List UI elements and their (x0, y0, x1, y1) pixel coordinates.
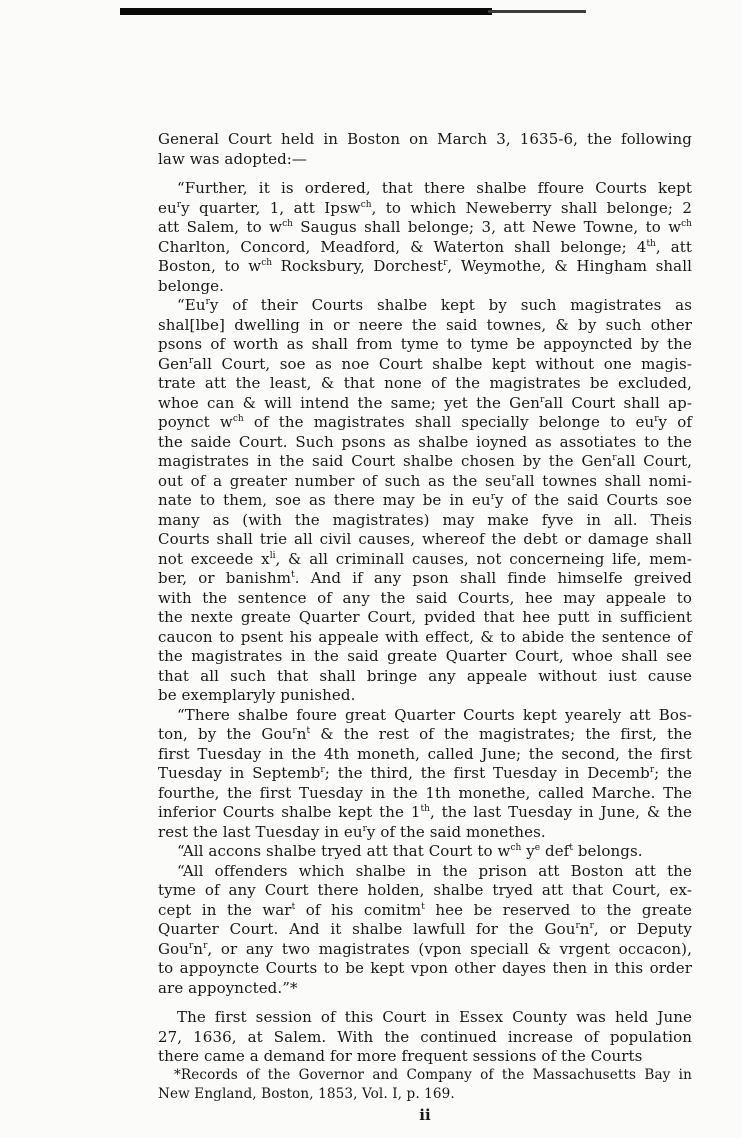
text-line: shal[lbe] dwelling in or neere the said … (158, 316, 692, 336)
text-line: nate to them, soe as there may be in eur… (158, 491, 692, 511)
text-line: tyme of any Court there holden, shalbe t… (158, 881, 692, 901)
text-line: ber, or banishmt. And if any pson shall … (158, 569, 692, 589)
text-line: psons of worth as shall from tyme to tym… (158, 335, 692, 355)
text-line: cept in the wart of his comitmt hee be r… (158, 901, 692, 921)
text-line: poynct wch of the magistrates shall spec… (158, 413, 692, 433)
text-line: *Records of the Governor and Company of … (158, 1066, 692, 1085)
text-line: the saide Court. Such psons as shalbe io… (158, 433, 692, 453)
text-line: New England, Boston, 1853, Vol. I, p. 16… (158, 1085, 692, 1104)
text-line: fourthe, the first Tuesday in the 1th mo… (158, 784, 692, 804)
text-line: Genrall Court, soe as noe Court shalbe k… (158, 355, 692, 375)
text-line: belonge. (158, 277, 692, 297)
text-line: to appoyncte Courts to be kept vpon othe… (158, 959, 692, 979)
paragraph: “Further, it is ordered, that there shal… (158, 179, 692, 296)
text-line: the magistrates in the said greate Quart… (158, 647, 692, 667)
text-line: rest the last Tuesday in eury of the sai… (158, 823, 692, 843)
text-line: law was adopted:— (158, 150, 692, 170)
text-block: General Court held in Boston on March 3,… (158, 130, 692, 1067)
text-line: that all such that shall bringe any appe… (158, 667, 692, 687)
text-line: magistrates in the said Court shalbe cho… (158, 452, 692, 472)
text-line: not exceede xli, & all criminall causes,… (158, 550, 692, 570)
paragraph: The first session of this Court in Essex… (158, 1008, 692, 1067)
text-line: whoe can & will intend the same; yet the… (158, 394, 692, 414)
text-line: “Further, it is ordered, that there shal… (158, 179, 692, 199)
text-line: Gournr, or any two magistrates (vpon spe… (158, 940, 692, 960)
text-line: are appoyncted.”* (158, 979, 692, 999)
paragraph: General Court held in Boston on March 3,… (158, 130, 692, 169)
text-line: Boston, to wch Rocksbury, Dorchestr, Wey… (158, 257, 692, 277)
footnote: *Records of the Governor and Company of … (158, 1066, 692, 1104)
top-rule (120, 8, 492, 15)
text-line: many as (with the magistrates) may make … (158, 511, 692, 531)
text-line: caucon to psent his appeale with effect,… (158, 628, 692, 648)
paragraph: “There shalbe foure great Quarter Courts… (158, 706, 692, 843)
text-line: there came a demand for more frequent se… (158, 1047, 692, 1067)
text-line: out of a greater number of such as the s… (158, 472, 692, 492)
text-line: inferior Courts shalbe kept the 1th, the… (158, 803, 692, 823)
text-line: Tuesday in Septembr; the third, the firs… (158, 764, 692, 784)
text-line: “All accons shalbe tryed att that Court … (158, 842, 692, 862)
page-number: ii (158, 1106, 692, 1124)
text-line: General Court held in Boston on March 3,… (158, 130, 692, 150)
text-line: “There shalbe foure great Quarter Courts… (158, 706, 692, 726)
text-line: ton, by the Gournt & the rest of the mag… (158, 725, 692, 745)
text-line: “Eury of their Courts shalbe kept by suc… (158, 296, 692, 316)
text-line: be exemplaryly punished. (158, 686, 692, 706)
paragraph: “All accons shalbe tryed att that Court … (158, 842, 692, 862)
text-line: with the sentence of any the said Courts… (158, 589, 692, 609)
text-line: Quarter Court. And it shalbe lawfull for… (158, 920, 692, 940)
paragraph: *Records of the Governor and Company of … (158, 1066, 692, 1104)
text-line: The first session of this Court in Essex… (158, 1008, 692, 1028)
paragraph: “Eury of their Courts shalbe kept by suc… (158, 296, 692, 706)
text-line: first Tuesday in the 4th moneth, called … (158, 745, 692, 765)
text-line: att Salem, to wch Saugus shall belonge; … (158, 218, 692, 238)
text-line: 27, 1636, at Salem. With the continued i… (158, 1028, 692, 1048)
text-line: Charlton, Concord, Meadford, & Waterton … (158, 238, 692, 258)
paragraph: “All offenders which shalbe in the priso… (158, 862, 692, 999)
text-line: eury quarter, 1, att Ipswch, to which Ne… (158, 199, 692, 219)
text-line: “All offenders which shalbe in the priso… (158, 862, 692, 882)
text-line: trate att the least, & that none of the … (158, 374, 692, 394)
text-line: the nexte greate Quarter Court, pvided t… (158, 608, 692, 628)
top-rule-tail (488, 10, 586, 13)
text-line: Courts shall trie all civil causes, wher… (158, 530, 692, 550)
